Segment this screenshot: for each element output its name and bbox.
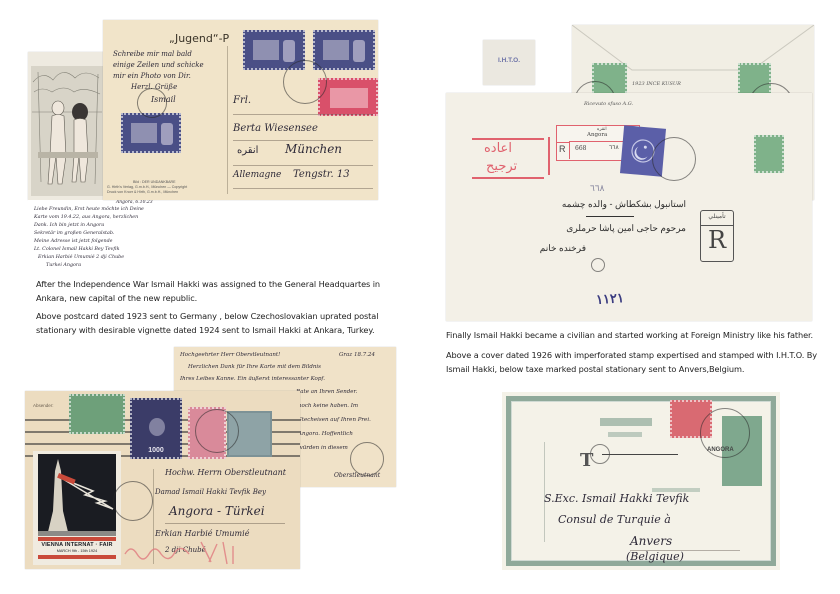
back-line-1: Hochgeehrter Herr Oberstleutnant! — [180, 352, 280, 358]
registered-box-letter: R — [701, 226, 733, 254]
tower-icon — [33, 451, 121, 541]
message-line-1: Schreibe mir mal bald — [113, 50, 192, 58]
address-rule-3 — [233, 165, 373, 166]
message-line-3: mir ein Photo von Dir. — [113, 72, 191, 80]
sender-label: Absender: — [33, 403, 54, 408]
vignette-red-band-top — [38, 537, 116, 541]
address-rule-2 — [233, 140, 373, 141]
front-address-3: Angora - Türkei — [169, 504, 265, 518]
pencil-note: Ricevuto sfuso A.G. — [584, 101, 633, 107]
postal-stationery-card: ANGORA T S.Exc. Ismail Hakki Tevfik Cons… — [502, 392, 780, 570]
note-line-6: Lt. Colonel Ismail Hakki Bey Tevfik — [34, 247, 119, 252]
stamp-blue-top-2 — [313, 30, 375, 70]
reg-label-R: R — [559, 144, 566, 154]
postal-address-4: (Belgique) — [626, 550, 684, 563]
arabic-address-1: استانبول بشکطاش - والده چشمه — [476, 199, 686, 210]
note-date: Angora, 6.10.23 — [116, 200, 153, 205]
reg-label-city: Angora — [587, 132, 607, 138]
registered-box: تأمينلي R — [700, 210, 734, 262]
caption-right-para-2: Above a cover dated 1926 with imperforat… — [446, 348, 836, 376]
divider-vertical — [227, 46, 228, 194]
back-line-8: würden in diesem — [298, 445, 348, 451]
postmark-back — [350, 442, 384, 476]
note-line-8: Turkei Angora — [46, 263, 81, 268]
postal-address-3: Anvers — [630, 534, 672, 548]
back-line-5: noch keine haben. Im — [298, 403, 358, 409]
back-line-7: Angora. Hoffentlich — [298, 431, 353, 437]
imprint-line-2: G. Hirth's Verlag, G.m.b.H., München — C… — [107, 185, 187, 189]
address-street: Tengstr. 13 — [293, 169, 350, 180]
vignette-dates: MARCH 9th - 15th 1924 — [38, 549, 116, 553]
red-line-top — [472, 138, 544, 140]
front-address-1: Hochw. Herrn Oberstleutnant — [165, 468, 286, 477]
red-scribble-icon — [121, 536, 261, 566]
address-city: München — [285, 142, 342, 156]
postal-address-1: S.Exc. Ismail Hakki Tevfik — [544, 492, 689, 505]
address-rule-1 — [233, 114, 373, 115]
printed-subheader-arabic — [608, 432, 642, 437]
back-line-6: Stecheisen auf Ihren Prei. — [298, 417, 371, 423]
front-rule — [165, 523, 285, 524]
postmark-receiving — [113, 481, 153, 521]
vienna-fair-vignette: VIENNA INTERNAT · FAIR MARCH 9th - 15th … — [33, 451, 121, 565]
back-note: 1923 INCE KUSUR — [632, 81, 681, 87]
postmark-graz — [195, 409, 239, 453]
note-line-7: Erkian Harbié Umumié 2 dji Chube — [38, 255, 124, 260]
postal-address-2: Consul de Turquie à — [558, 513, 671, 526]
imprint-line-1: Bild : DER UNDANKBARE — [133, 180, 176, 184]
caption-right-para-1: Finally Ismail Hakki became a civilian a… — [446, 328, 836, 342]
back-line-3: Ihres Leibes Kanne. Ein äußerst interess… — [180, 376, 325, 382]
postmark-angora-text: ANGORA — [707, 447, 734, 453]
note-line-4: Sekretär im großen Generalstab. — [34, 231, 114, 236]
jugend-postcard: „Jugend“-P Schreibe mir mal bald einige … — [103, 20, 378, 200]
sketch-illustration-icon — [28, 52, 106, 200]
ihto-fragment: I.H.T.O. — [483, 40, 535, 85]
address-arabic-city: انقره — [237, 145, 258, 156]
address-name: Berta Wiesensee — [233, 123, 318, 134]
stamp-green — [69, 394, 125, 434]
red-vertical-bar — [548, 137, 550, 175]
postmark-ankara — [283, 60, 327, 104]
cover-front: Ricevuto sfuso A.G. اعاده ترجيح R انقره … — [446, 93, 812, 321]
czech-card-front: Absender: 1000 VIENNA INTERNAT · FAIR MA… — [25, 391, 300, 569]
picture-postcard-sketch — [28, 52, 106, 200]
stamp-indigo-1000: 1000 — [130, 398, 182, 459]
registered-box-label: تأمينلي — [701, 213, 733, 220]
handwritten-note-picture-side: Angora, 6.10.23 Liebe Freundin, Erst heu… — [28, 200, 188, 272]
vignette-red-band-bottom — [38, 555, 116, 559]
note-line-2: Karte vom 19.4.22, aus Angora, herzliche… — [34, 215, 138, 220]
arabic-address-2: مرحوم حاجی امین پاشا حرملری — [466, 223, 686, 234]
tax-mark-strike — [602, 454, 678, 455]
front-stamp-green — [754, 135, 784, 173]
red-line-bottom — [472, 177, 544, 179]
arabic-underline — [586, 216, 634, 217]
vignette-title: VIENNA INTERNAT · FAIR — [38, 542, 116, 548]
note-line-5: Meine Adresse ist jetzt folgende — [34, 239, 112, 244]
address-country: Allemagne — [233, 170, 281, 180]
stamp-red-crescent — [318, 78, 378, 116]
reg-label-number-arabic: ٦٦٨ — [609, 144, 619, 151]
address-rule-4 — [233, 188, 373, 189]
red-handstamp-line-2: ترجيح — [486, 159, 517, 174]
back-line-2: Herzlichen Dank für Ihre Karte mit dem B… — [188, 364, 321, 370]
blue-number: ١١٢١ — [595, 290, 624, 308]
stamp-indigo-value: 1000 — [132, 447, 180, 454]
stamp-blue-left — [121, 113, 181, 153]
ihto-text: I.H.T.O. — [483, 57, 535, 64]
back-date: Graz 18.7.24 — [339, 352, 375, 358]
note-line-3: Dank. Ich bin jetzt in Angora — [34, 223, 104, 228]
front-address-2: Damad Ismail Hakki Tevfik Bey — [155, 488, 266, 496]
caption-right: Finally Ismail Hakki became a civilian a… — [446, 328, 836, 380]
front-postmark-ankara — [652, 137, 696, 181]
message-line-2: einige Zeilen und schicke — [113, 61, 204, 69]
reg-label-number: 668 — [575, 145, 586, 152]
imprint-line-3: Druck von Knorr & Hirth, G.m.b.H., Münch… — [107, 190, 178, 194]
caption-left-para-1: After the Independence War Ismail Hakki … — [36, 277, 406, 305]
note-line-1: Liebe Freundin, Erst heute möchte ich De… — [34, 207, 144, 212]
caption-left: After the Independence War Ismail Hakki … — [36, 277, 406, 341]
publisher-header: „Jugend“-P — [169, 32, 229, 45]
tax-mark-T: T — [580, 450, 593, 471]
small-circle-mark — [591, 258, 605, 272]
back-signature: Oberstleutnant — [334, 472, 380, 479]
caption-left-para-2: Above postcard dated 1923 sent to German… — [36, 309, 406, 337]
printed-header-arabic — [600, 418, 652, 426]
red-handstamp-line-1: اعاده — [484, 141, 512, 156]
address-frl: Frl. — [233, 95, 251, 106]
back-line-4: Rate an Ihren Sender. — [296, 389, 357, 395]
arabic-address-3: فرخنده خانم — [486, 243, 586, 254]
pencil-number: ٦٦٨ — [590, 183, 605, 194]
